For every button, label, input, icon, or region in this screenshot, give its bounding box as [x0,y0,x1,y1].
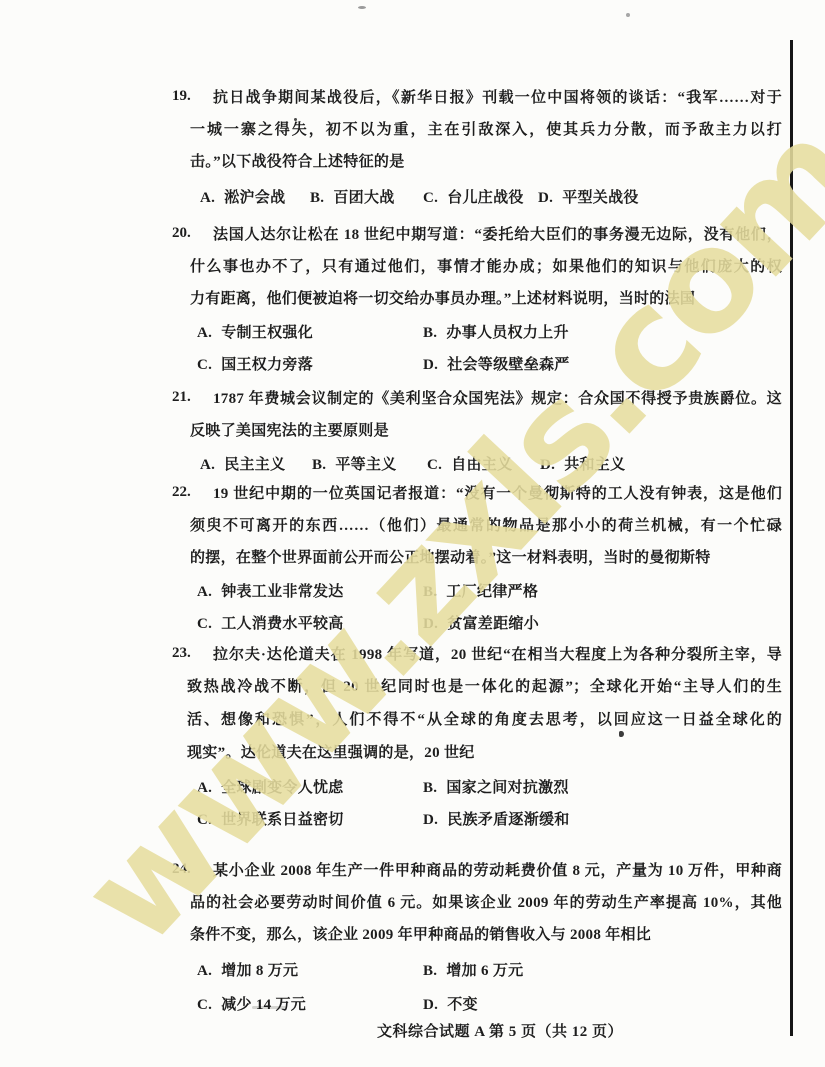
question-line: 抗日战争期间某战役后，《新华日报》刊载一位中国将领的谈话：“我军……对于 [213,88,782,108]
question-line: 拉尔夫·达伦道夫在 1998 年写道，20 世纪“在相当大程度上为各种分裂所主宰… [213,645,782,665]
option-B: B.增加 6 万元 [423,959,523,980]
question-line: 的摆，在整个世界面前公开而公正地摆动着。”这一材料表明，当时的曼彻斯特 [190,548,711,568]
question-line: 致热战冷战不断，但 20 世纪同时也是一体化的起源”；全球化开始“主导人们的生 [187,677,782,697]
question-line: 须臾不可离开的东西……（他们）最通常的物品是那小小的荷兰机械，有一个忙碌 [190,516,782,536]
scan-edge-rule [790,40,793,1036]
question-line: 击。”以下战役符合上述特征的是 [190,152,405,172]
scan-speck [619,731,624,737]
option-C: C.台儿庄战役 [423,186,524,207]
question-line: 力有距离，他们便被迫将一切交给办事员办理。”上述材料说明，当时的法国 [190,289,695,309]
option-C: C.世界联系日益密切 [197,808,344,829]
question-line: 某小企业 2008 年生产一件甲种商品的劳动耗费价值 8 元，产量为 10 万件… [213,861,782,881]
scan-speck [358,6,366,9]
question-number: 19. [172,88,191,105]
option-A: A.专制王权强化 [197,321,313,342]
question-line: 法国人达尔让松在 18 世纪中期写道：“委托给大臣们的事务漫无边际，没有他们， [213,225,782,245]
question-line: 什么事也办不了，只有通过他们，事情才能办成；如果他们的知识与他们庞大的权 [190,257,782,277]
option-B: B.平等主义 [312,453,397,474]
page-footer: 文科综合试题 A 第 5 页（共 12 页） [300,1020,700,1041]
option-A: A.民主主义 [200,453,285,474]
option-C: C.工人消费水平较高 [197,612,344,633]
scan-speck [626,13,630,17]
question-line: 条件不变，那么，该企业 2009 年甲种商品的销售收入与 2008 年相比 [190,925,651,945]
option-D: D.不变 [423,993,478,1014]
question-number: 24. [172,861,191,878]
option-C: C.减少 14 万元 [197,993,306,1014]
option-B: B.国家之间对抗激烈 [423,776,569,797]
question-line: 19 世纪中期的一位英国记者报道：“没有一个曼彻斯特的工人没有钟表，这是他们 [213,484,782,504]
question-line: 现实”。达伦道夫在这里强调的是，20 世纪 [187,743,475,763]
option-B: B.工厂纪律严格 [423,580,538,601]
option-D: D.平型关战役 [538,186,639,207]
question-number: 23. [172,645,191,662]
question-line: 一城一寨之得失，初不以为重，主在引敌深入，使其兵力分散，而予敌主力以打 [190,120,782,140]
question-number: 22. [172,484,191,501]
option-A: A.增加 8 万元 [197,959,298,980]
option-D: D.民族矛盾逐渐缓和 [423,808,570,829]
option-A: A.钟表工业非常发达 [197,580,344,601]
question-line: 品的社会必要劳动时间价值 6 元。如果该企业 2009 年的劳动生产率提高 10… [190,893,782,913]
question-line: 活、想像和恐惧”，人们不得不“从全球的角度去思考，以回应这一日益全球化的 [187,710,782,730]
option-D: D.贫富差距缩小 [423,612,539,633]
question-line: 1787 年费城会议制定的《美利坚合众国宪法》规定：合众国不得授予贵族爵位。这 [213,389,782,409]
option-C: C.国王权力旁落 [197,353,313,374]
option-B: B.百团大战 [310,186,395,207]
option-D: D.共和主义 [540,453,625,474]
exam-page: 19. 抗日战争期间某战役后，《新华日报》刊载一位中国将领的谈话：“我军……对于… [0,0,825,1067]
option-B: B.办事人员权力上升 [423,321,569,342]
option-C: C.自由主义 [427,453,512,474]
question-number: 21. [172,389,191,406]
option-D: D.社会等级壁垒森严 [423,353,570,374]
option-A: A.淞沪会战 [200,186,285,207]
question-line: 反映了美国宪法的主要原则是 [190,421,389,441]
question-number: 20. [172,225,191,242]
option-A: A.全球剧变令人忧虑 [197,776,344,797]
